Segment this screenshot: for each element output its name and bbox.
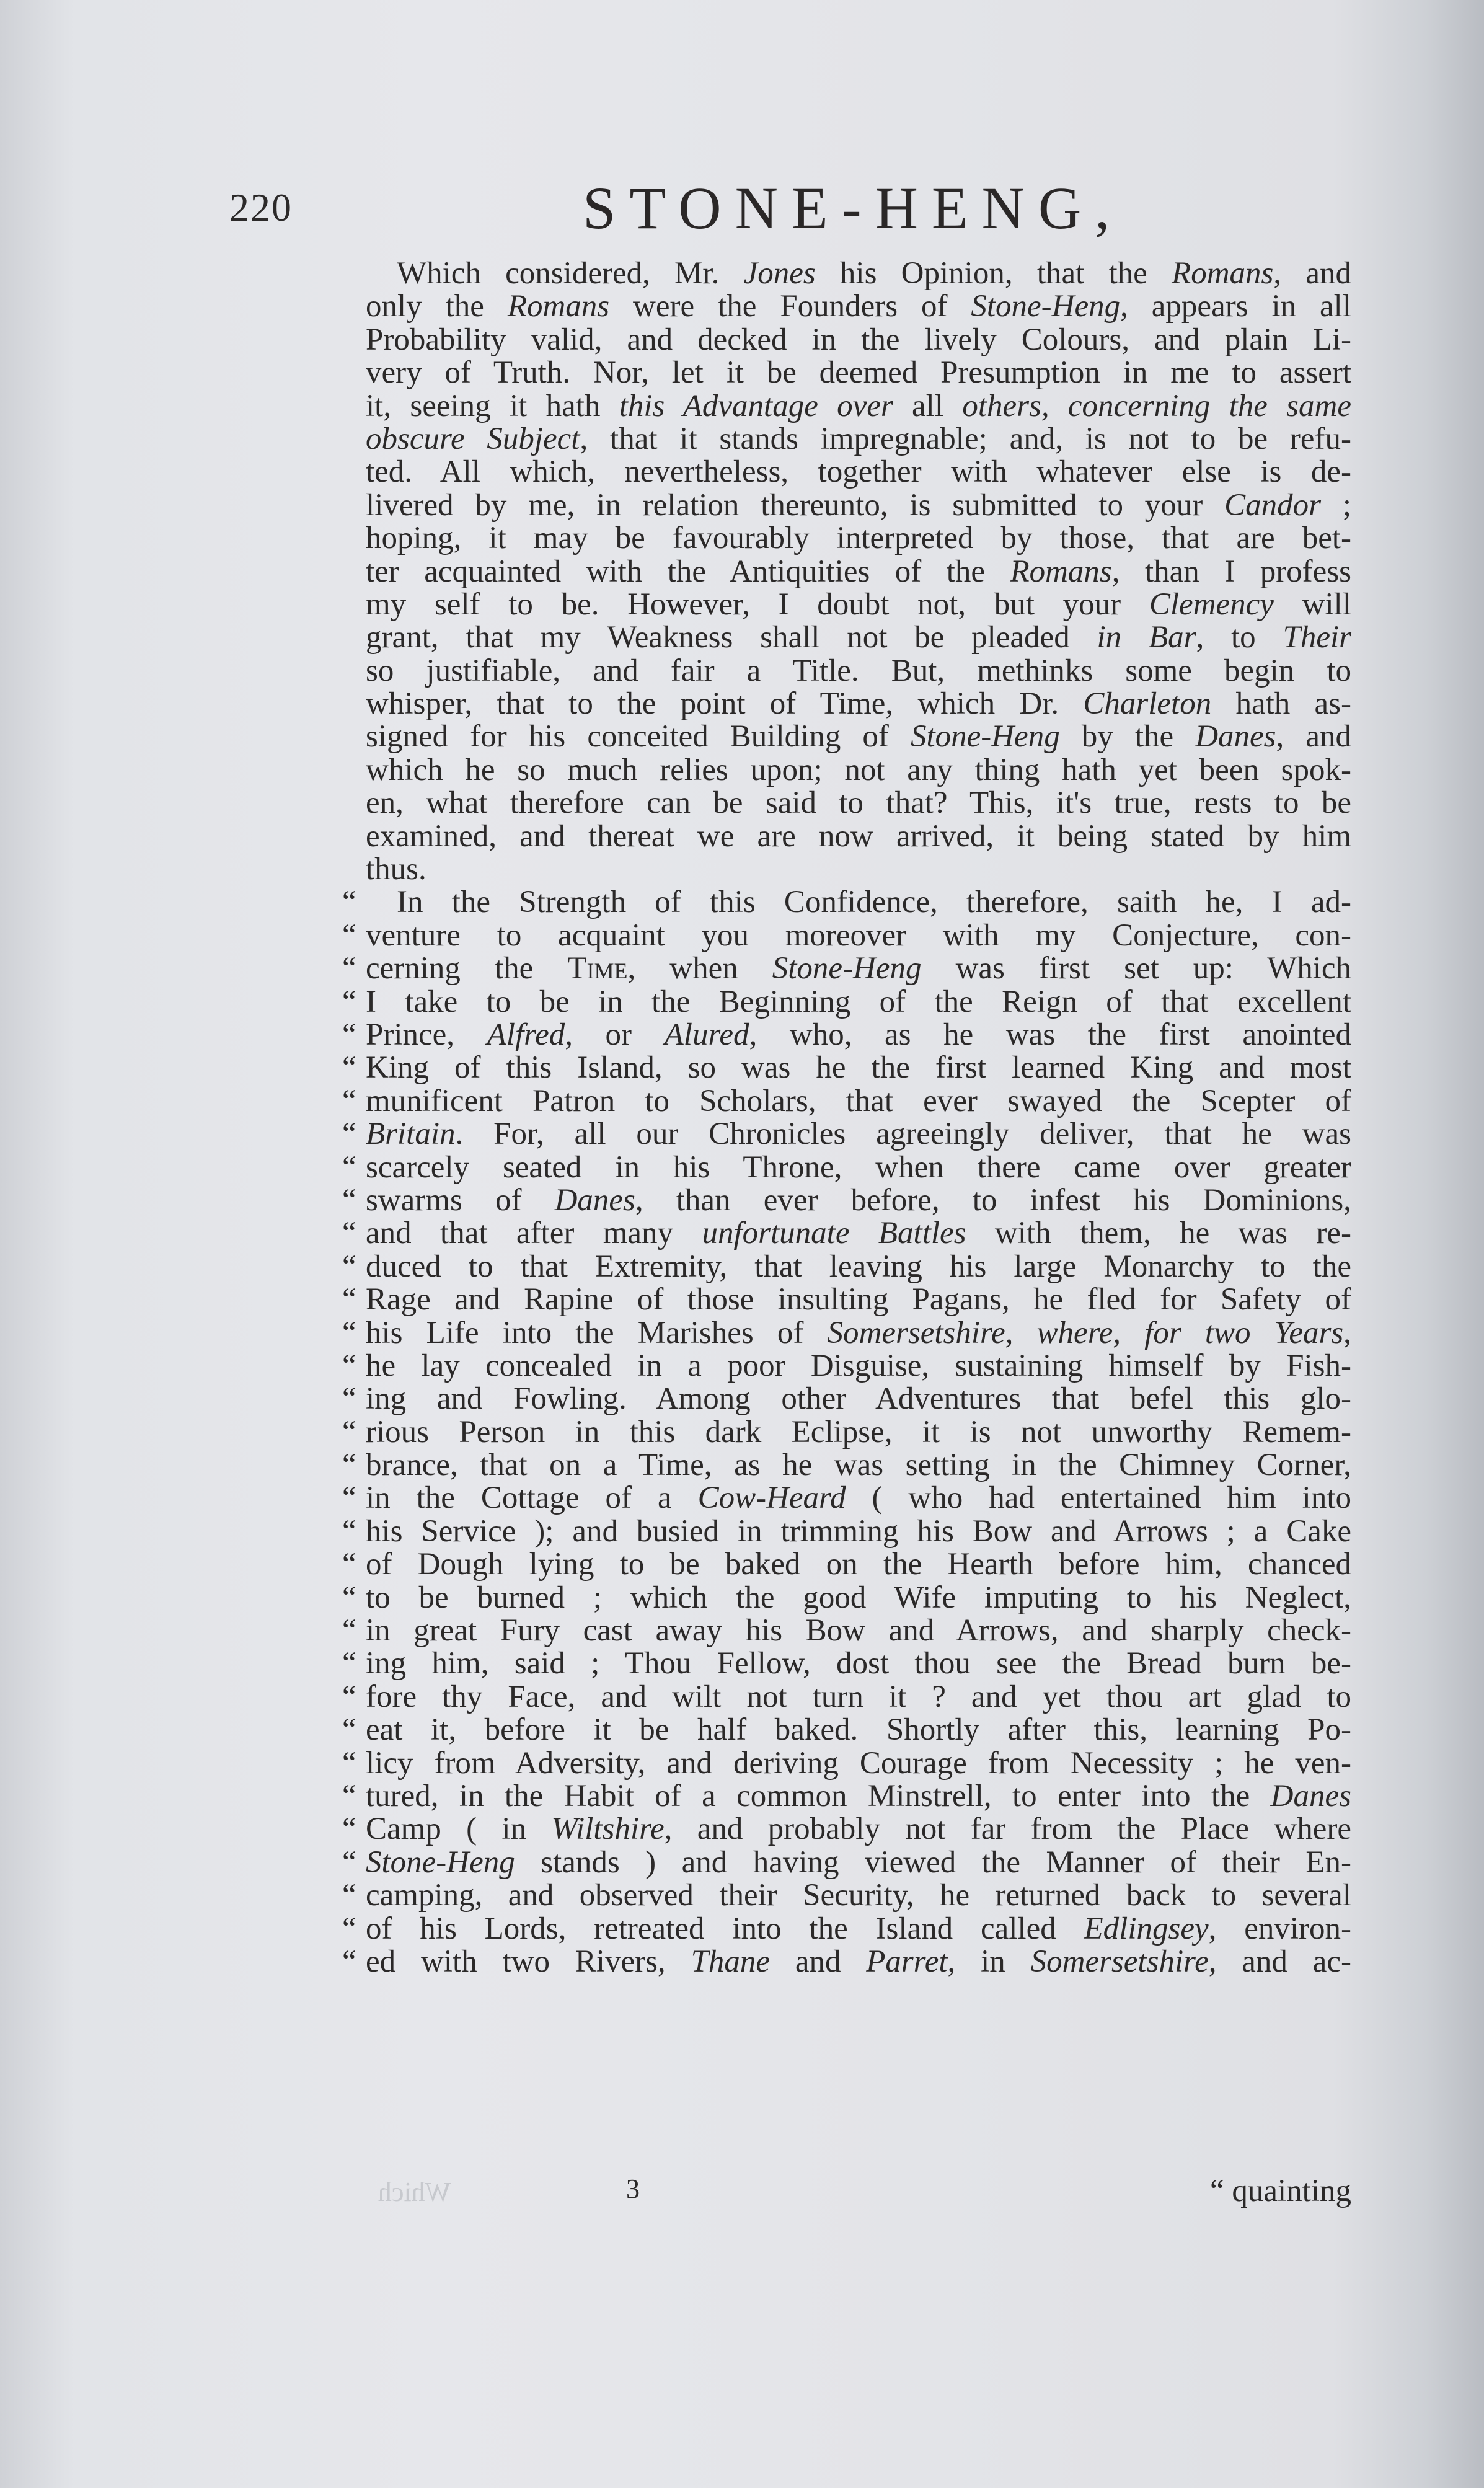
page-footer: 3 “ quainting — [366, 2173, 1351, 2216]
text-line: “camping, and observed their Security, h… — [366, 1879, 1351, 1912]
text-line: “Camp ( in Wiltshire, and probably not f… — [366, 1813, 1351, 1846]
text-line: “In the Strength of this Confidence, the… — [366, 886, 1351, 919]
italic-text: Stone-Heng — [366, 1845, 515, 1880]
text-line: “ing and Fowling. Among other Adventures… — [366, 1383, 1351, 1415]
text-line: “of his Lords, retreated into the Island… — [366, 1913, 1351, 1946]
italic-text: Romans — [1010, 554, 1111, 589]
text-line: “duced to that Extremity, that leaving h… — [366, 1251, 1351, 1283]
quote-mark: “ — [342, 886, 356, 919]
quote-mark: “ — [342, 1449, 356, 1482]
running-title: STONE-HENG, — [583, 174, 1123, 242]
text-line: “brance, that on a Time, as he was setti… — [366, 1449, 1351, 1482]
text-line: “cerning the Time, when Stone-Heng was f… — [366, 952, 1351, 985]
quote-mark: “ — [342, 1350, 356, 1383]
italic-text: Stone-Heng — [772, 951, 922, 986]
text-line: “in great Fury cast away his Bow and Arr… — [366, 1614, 1351, 1647]
italic-text: Britain — [366, 1117, 456, 1151]
quote-mark: “ — [342, 1747, 356, 1780]
running-header: 220 STONE-HENG, — [229, 174, 1364, 248]
text-line: “ed with two Rivers, Thane and Parret, i… — [366, 1946, 1351, 1978]
quote-mark: “ — [342, 1681, 356, 1714]
text-line: grant, that my Weakness shall not be ple… — [366, 621, 1351, 654]
quote-mark: “ — [342, 1846, 356, 1879]
page-number: 220 — [229, 185, 293, 231]
text-line: “King of this Island, so was he the firs… — [366, 1051, 1351, 1084]
text-line: “Prince, Alfred, or Alured, who, as he w… — [366, 1019, 1351, 1051]
quote-mark: “ — [342, 1813, 356, 1846]
italic-text: Jones — [744, 256, 816, 291]
quote-mark: “ — [342, 1780, 356, 1813]
quote-mark: “ — [342, 1548, 356, 1581]
italic-text: in Bar — [1097, 620, 1196, 655]
text-line: “eat it, before it be half baked. Shortl… — [366, 1714, 1351, 1746]
text-line: “of Dough lying to be baked on the Heart… — [366, 1548, 1351, 1581]
text-line: “his Life into the Marishes of Somersets… — [366, 1317, 1351, 1350]
quote-mark: “ — [342, 1184, 356, 1217]
text-line: “and that after many unfortunate Battles… — [366, 1217, 1351, 1250]
quote-mark: “ — [342, 1515, 356, 1548]
text-line: en, what therefore can be said to that? … — [366, 787, 1351, 820]
italic-text: Alfred — [487, 1017, 565, 1052]
catchword: “ quainting — [1210, 2173, 1351, 2209]
italic-text: Somersetshire — [1031, 1944, 1209, 1979]
text-line: “fore thy Face, and wilt not turn it ? a… — [366, 1681, 1351, 1714]
quote-mark: “ — [342, 1051, 356, 1084]
quote-mark: “ — [342, 952, 356, 985]
italic-text: Stone-Heng — [971, 289, 1120, 324]
italic-text: Alured — [665, 1017, 749, 1052]
text-line: ter acquainted with the Antiquities of t… — [366, 556, 1351, 588]
text-line: “munificent Patron to Scholars, that eve… — [366, 1085, 1351, 1118]
text-line: “in the Cottage of a Cow-Heard ( who had… — [366, 1482, 1351, 1515]
text-line: ted. All which, nevertheless, together w… — [366, 456, 1351, 489]
quote-mark: “ — [342, 1019, 356, 1051]
quote-mark: “ — [342, 1217, 356, 1250]
quote-mark: “ — [342, 1879, 356, 1912]
text-line: whisper, that to the point of Time, whic… — [366, 688, 1351, 720]
italic-text: Charleton — [1083, 686, 1211, 721]
text-line: “scarcely seated in his Throne, when the… — [366, 1151, 1351, 1184]
quote-mark: “ — [342, 1714, 356, 1746]
italic-text: Somersetshire, where, for two Years — [828, 1316, 1344, 1350]
italic-text: this Advantage over — [619, 389, 893, 423]
quote-mark: “ — [342, 1614, 356, 1647]
quote-mark: “ — [342, 1946, 356, 1978]
quote-mark: “ — [342, 1317, 356, 1350]
text-line: Probability valid, and decked in the liv… — [366, 324, 1351, 356]
quote-mark: “ — [342, 1647, 356, 1680]
text-line: examined, and thereat we are now arrived… — [366, 820, 1351, 853]
paragraph-main: Which considered, Mr. Jones his Opinion,… — [366, 257, 1351, 886]
text-line: “Stone-Heng stands ) and having viewed t… — [366, 1846, 1351, 1879]
italic-text: others, concerning the same — [962, 389, 1351, 423]
text-line: which he so much relies upon; not any th… — [366, 754, 1351, 787]
quote-mark: “ — [342, 1913, 356, 1946]
text-line: “ing him, said ; Thou Fellow, dost thou … — [366, 1647, 1351, 1680]
text-line: it, seeing it hath this Advantage over a… — [366, 390, 1351, 423]
text-line: very of Truth. Nor, let it be deemed Pre… — [366, 356, 1351, 389]
text-line: only the Romans were the Founders of Sto… — [366, 290, 1351, 323]
italic-text: Danes — [555, 1183, 635, 1218]
text-line: “rious Person in this dark Eclipse, it i… — [366, 1416, 1351, 1449]
italic-text: obscure Subject — [366, 422, 580, 456]
quote-mark: “ — [342, 919, 356, 952]
italic-text: Romans — [508, 289, 609, 324]
italic-text: Romans — [1172, 256, 1273, 291]
text-line: “to be burned ; which the good Wife impu… — [366, 1582, 1351, 1614]
quote-mark: “ — [342, 1582, 356, 1614]
text-line: so justifiable, and fair a Title. But, m… — [366, 655, 1351, 688]
text-line: “his Service ); and busied in trimming h… — [366, 1515, 1351, 1548]
italic-text: Parret — [866, 1944, 947, 1979]
text-line: signed for his conceited Building of Sto… — [366, 720, 1351, 753]
italic-text: Danes — [1271, 1779, 1351, 1813]
text-line: “Britain. For, all our Chronicles agreei… — [366, 1118, 1351, 1151]
quotation-block: “In the Strength of this Confidence, the… — [366, 886, 1351, 1978]
italic-text: Wiltshire — [551, 1812, 664, 1846]
text-line: obscure Subject, that it stands impregna… — [366, 423, 1351, 456]
text-line: Which considered, Mr. Jones his Opinion,… — [366, 257, 1351, 290]
text-line: “he lay concealed in a poor Disguise, su… — [366, 1350, 1351, 1383]
quote-mark: “ — [342, 1151, 356, 1184]
italic-text: Edlingsey — [1084, 1911, 1209, 1946]
small-caps-text: Time — [567, 951, 627, 986]
quote-mark: “ — [342, 1416, 356, 1449]
text-line: thus. — [366, 853, 1351, 886]
text-line: my self to be. However, I doubt not, but… — [366, 588, 1351, 621]
quote-mark: “ — [342, 1118, 356, 1151]
text-line: hoping, it may be favourably interpreted… — [366, 522, 1351, 555]
italic-text: Candor — [1224, 488, 1321, 523]
italic-text: Stone-Heng — [911, 719, 1060, 754]
quote-mark: “ — [342, 1283, 356, 1316]
quote-mark: “ — [342, 986, 356, 1019]
text-line: “swarms of Danes, than ever before, to i… — [366, 1184, 1351, 1217]
text-line: “Rage and Rapine of those insulting Paga… — [366, 1283, 1351, 1316]
italic-text: Danes — [1195, 719, 1276, 754]
book-page: 220 STONE-HENG, Which considered, Mr. Jo… — [0, 0, 1484, 2488]
quote-mark: “ — [342, 1085, 356, 1118]
text-line: “I take to be in the Beginning of the Re… — [366, 986, 1351, 1019]
quote-mark: “ — [342, 1383, 356, 1415]
text-line: “licy from Adversity, and deriving Coura… — [366, 1747, 1351, 1780]
italic-text: Thane — [691, 1944, 771, 1979]
text-line: “venture to acquaint you moreover with m… — [366, 919, 1351, 952]
italic-text: Their — [1283, 620, 1351, 655]
italic-text: Cow-Heard — [698, 1481, 846, 1515]
text-line: livered by me, in relation thereunto, is… — [366, 489, 1351, 522]
body-text: Which considered, Mr. Jones his Opinion,… — [366, 257, 1351, 1978]
italic-text: unfortunate Battles — [702, 1216, 966, 1251]
text-line: “tured, in the Habit of a common Minstre… — [366, 1780, 1351, 1813]
quote-mark: “ — [342, 1482, 356, 1515]
quote-mark: “ — [342, 1251, 356, 1283]
italic-text: Clemency — [1149, 587, 1274, 622]
signature-mark: 3 — [626, 2173, 640, 2205]
